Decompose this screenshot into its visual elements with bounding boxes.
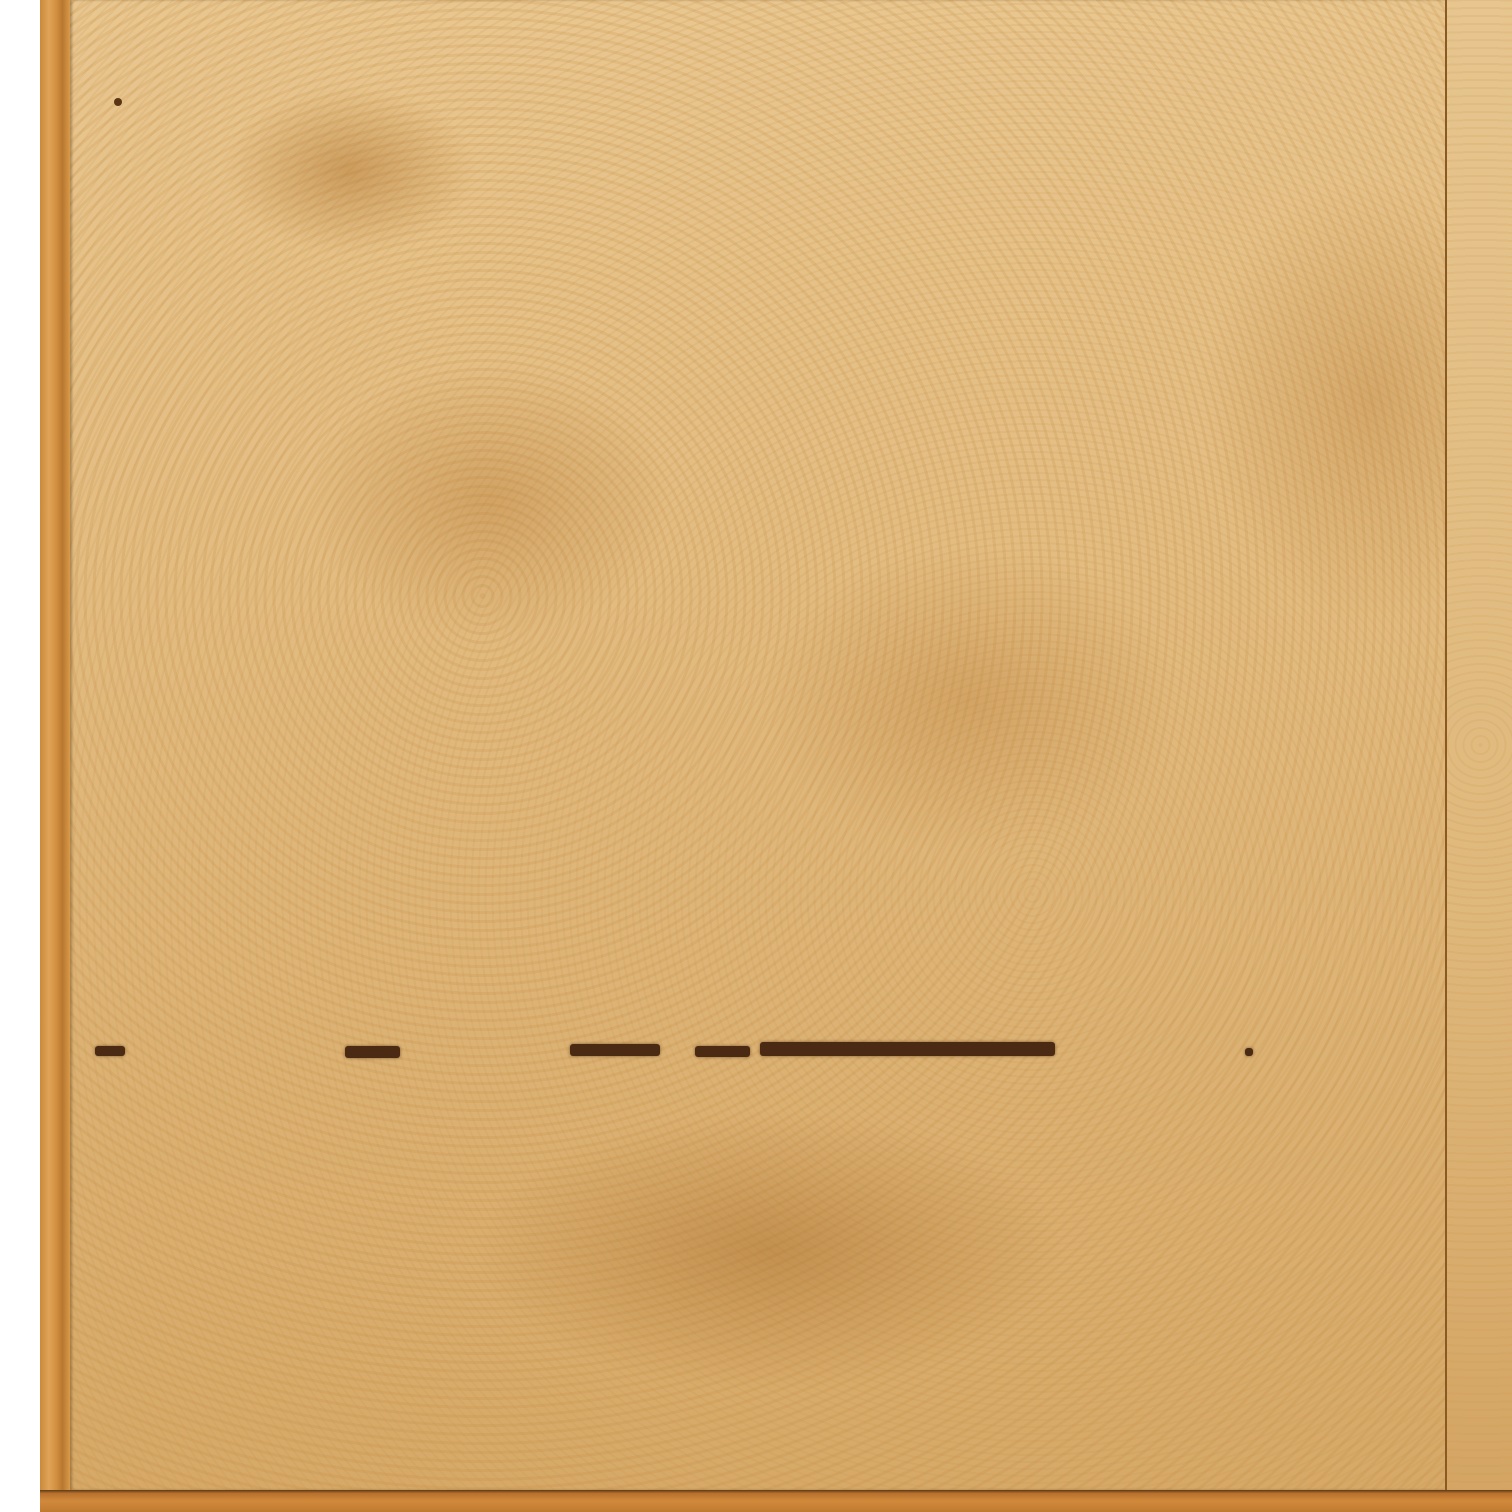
tear-line bbox=[95, 1040, 1375, 1064]
paper-panel-right bbox=[1445, 0, 1512, 1490]
paper-panel-main bbox=[70, 0, 1445, 1490]
wooden-frame-left bbox=[40, 0, 70, 1512]
wooden-frame-bottom bbox=[40, 1490, 1512, 1512]
nail-hole bbox=[114, 98, 122, 106]
